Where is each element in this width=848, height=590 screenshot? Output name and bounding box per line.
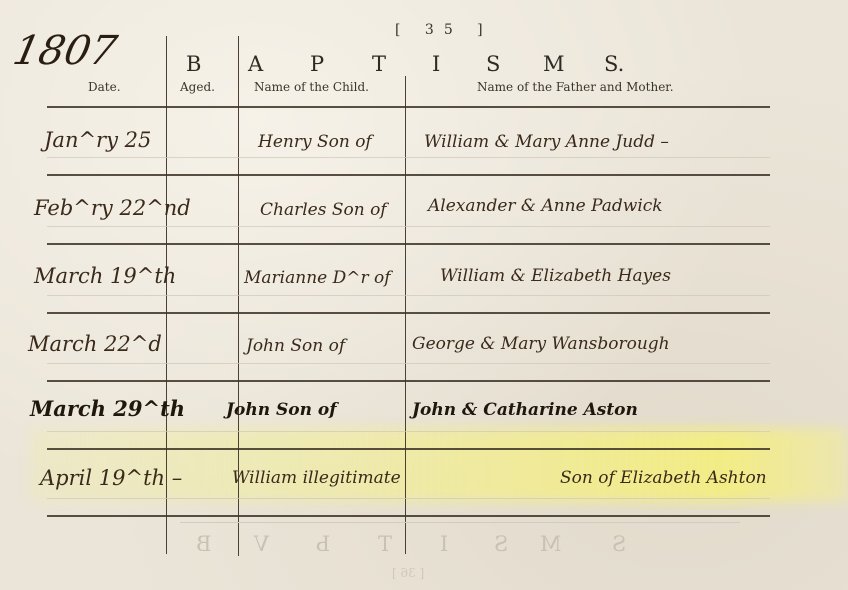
row-rule [47, 380, 770, 382]
title-letter: P [310, 52, 324, 76]
title-letter: A [248, 52, 263, 76]
entry-parents: Alexander & Anne Padwick [428, 196, 663, 216]
entry-date: March 22^d [28, 332, 162, 356]
title-letter: B [186, 52, 201, 76]
year-handwritten: 1807 [9, 28, 121, 74]
header-rule [47, 106, 770, 108]
guide-line [47, 431, 770, 432]
row-rule [47, 312, 770, 314]
bleed-through-letter: B [196, 532, 211, 556]
title-letter: T [372, 52, 386, 76]
bleed-through-rule [180, 522, 740, 523]
guide-line [47, 295, 770, 296]
column-divider [405, 76, 406, 554]
entry-child: William illegitimate [232, 468, 401, 488]
entry-date: Jan^ry 25 [44, 128, 151, 152]
bleed-through-letter: Ь [316, 532, 330, 556]
entry-child: John Son of [226, 400, 337, 420]
guide-line [47, 498, 770, 499]
row-rule [47, 515, 770, 517]
register-page: [ 35 ] 1807 B A P T I S M S. Date. Aged.… [0, 0, 848, 590]
row-rule [47, 243, 770, 245]
bleed-through-letter: S [494, 532, 508, 556]
entry-child: John Son of [246, 336, 345, 356]
bleed-through-letter: M [540, 532, 562, 556]
entry-child: Marianne D^r of [244, 268, 391, 288]
title-letter: I [432, 52, 440, 76]
column-header-parents: Name of the Father and Mother. [477, 80, 674, 94]
title-letter: M [543, 52, 565, 76]
row-rule [47, 448, 770, 450]
guide-line [47, 226, 770, 227]
bleed-through-letter: I [440, 532, 448, 556]
entry-child: Charles Son of [260, 200, 387, 220]
entry-parents: George & Mary Wansborough [412, 334, 670, 354]
highlight-marker [30, 428, 848, 502]
title-letter: S. [604, 52, 624, 76]
entry-parents: William & Elizabeth Hayes [440, 266, 671, 286]
entry-date: April 19^th – [40, 466, 182, 490]
page-number: [ 35 ] [395, 22, 493, 38]
guide-line [47, 363, 770, 364]
entry-parents: John & Catharine Aston [412, 400, 638, 420]
bleed-through-page-number: [ 36 ] [392, 566, 424, 580]
guide-line [47, 157, 770, 158]
column-header-aged: Aged. [180, 80, 215, 94]
bleed-through-letter: S [612, 532, 626, 556]
bleed-through-letter: V [254, 532, 269, 556]
entry-date: Feb^ry 22^nd [34, 196, 191, 220]
column-header-child: Name of the Child. [254, 80, 369, 94]
entry-child: Henry Son of [258, 132, 372, 152]
title-letter: S [486, 52, 500, 76]
entry-date: March 29^th [30, 396, 185, 421]
entry-date: March 19^th [34, 264, 176, 288]
entry-parents: Son of Elizabeth Ashton [560, 468, 767, 488]
entry-parents: William & Mary Anne Judd – [424, 132, 669, 152]
row-rule [47, 174, 770, 176]
bleed-through-letter: T [378, 532, 392, 556]
column-header-date: Date. [88, 80, 121, 94]
